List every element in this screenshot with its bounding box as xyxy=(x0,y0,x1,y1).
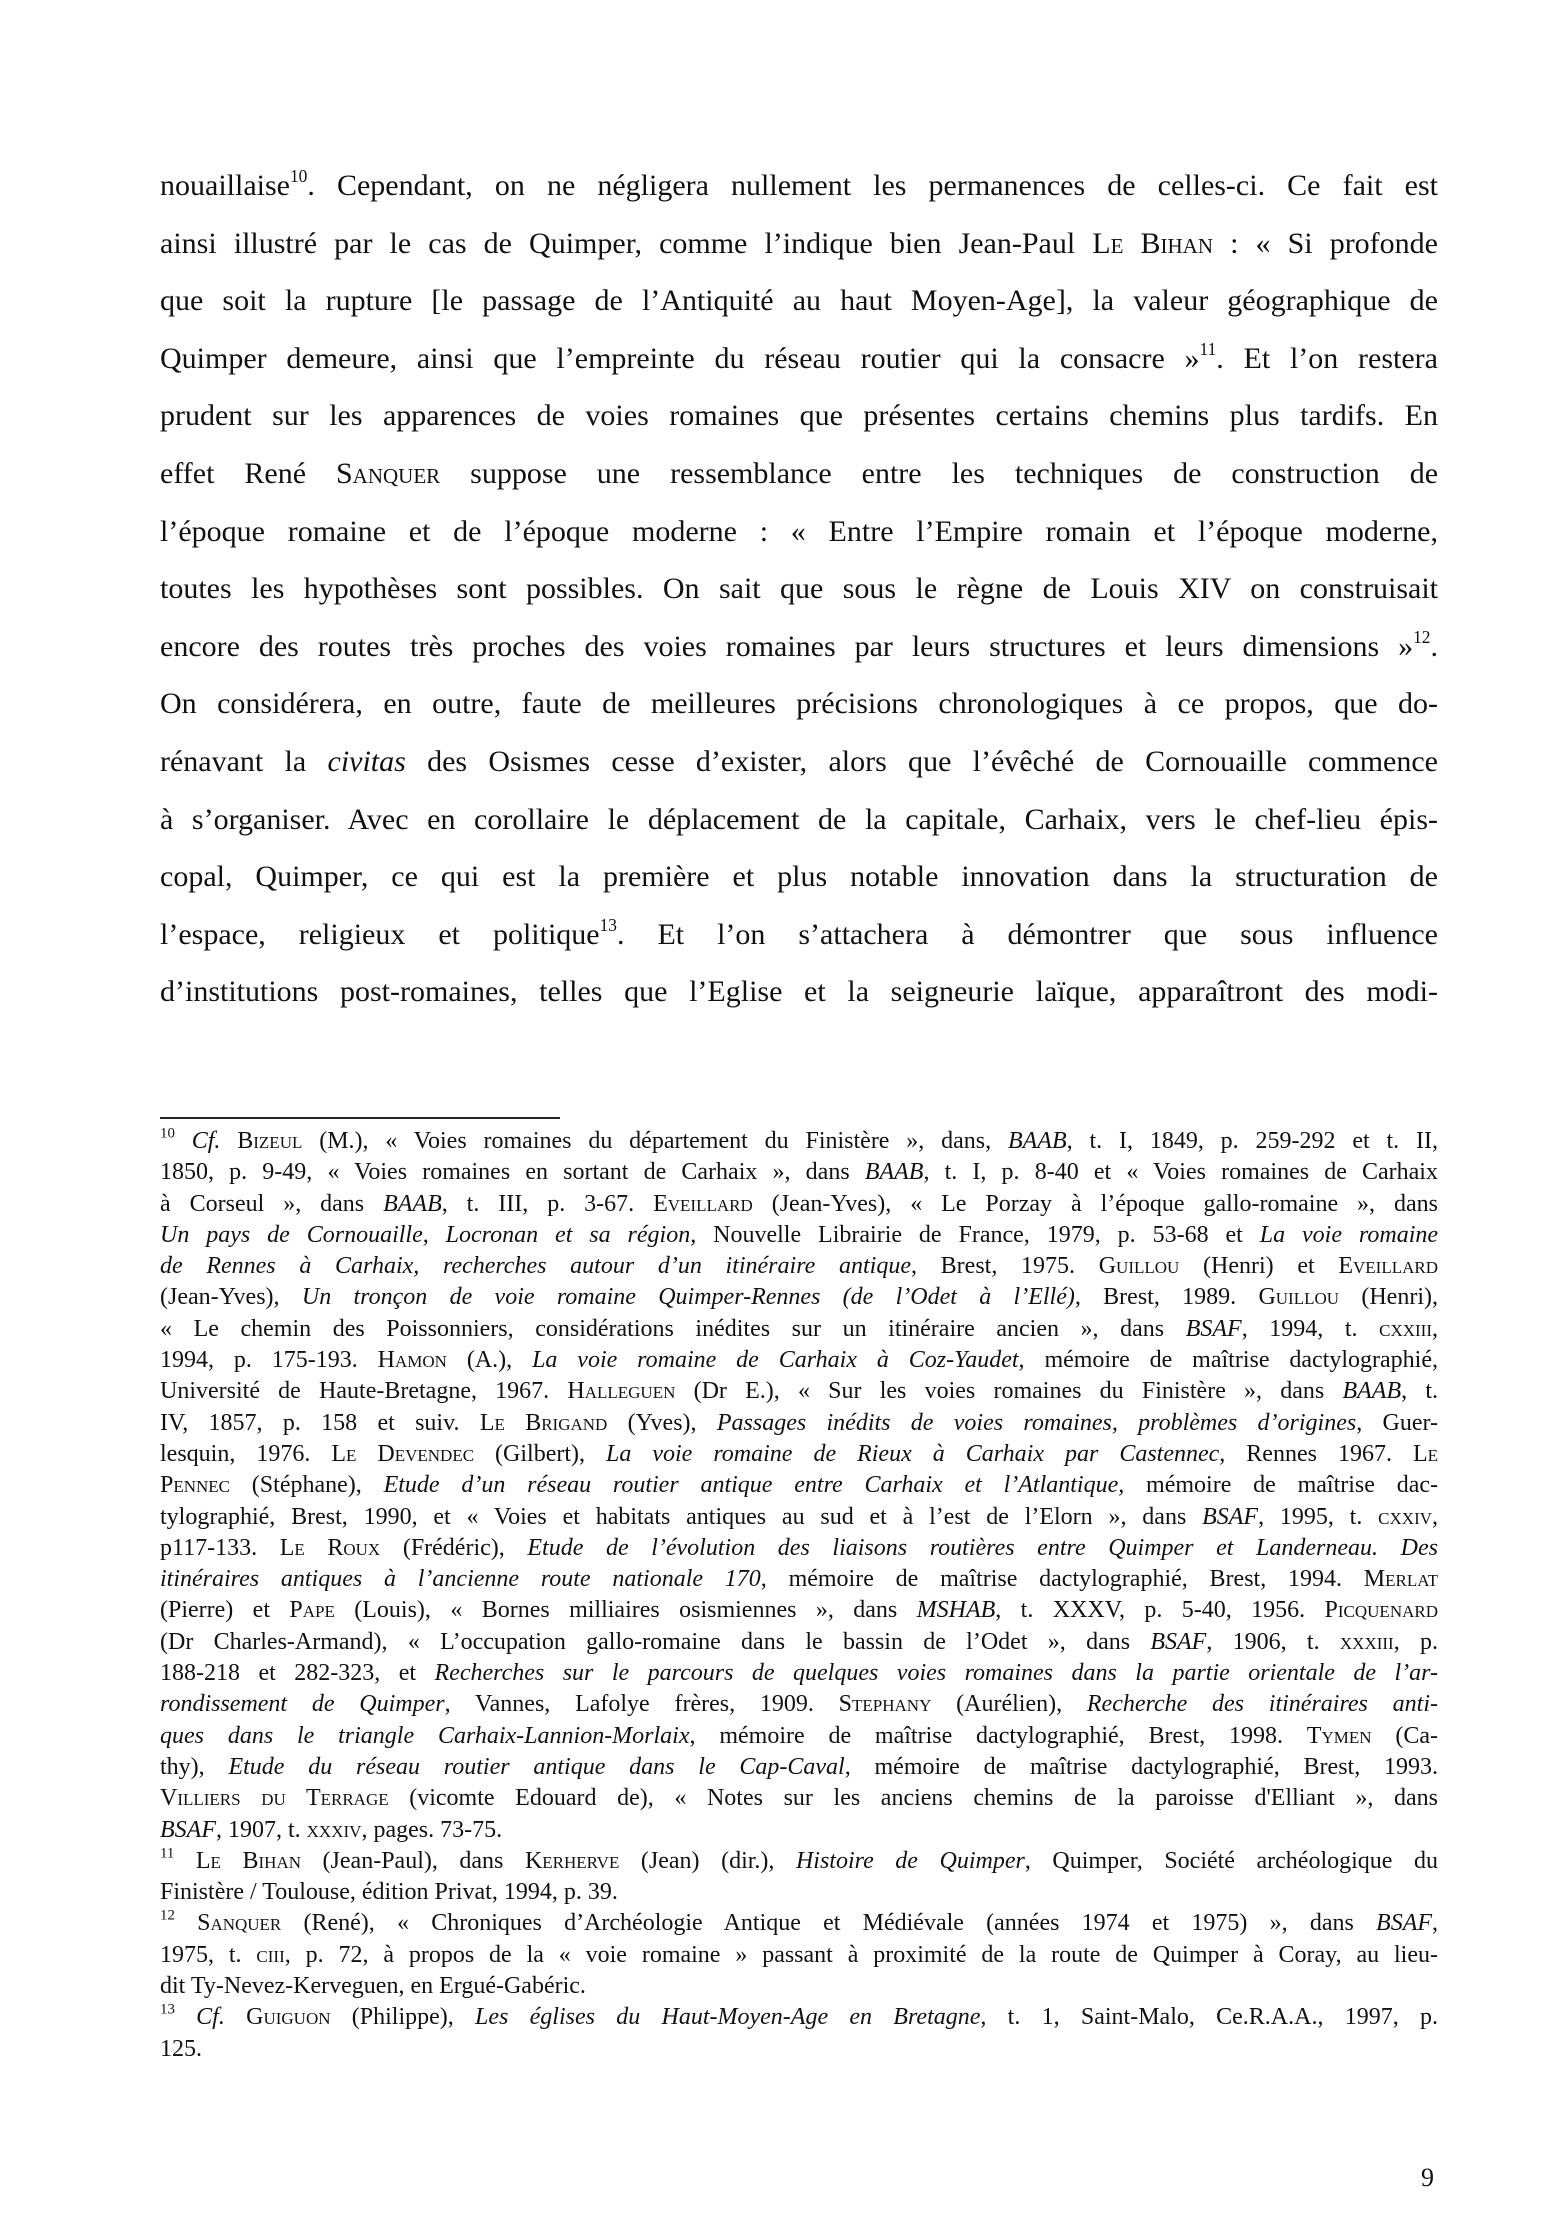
text-run: (Jean-Paul), dans xyxy=(301,1848,525,1874)
text-run: , Brest, 1975. xyxy=(911,1253,1099,1279)
author-name-small-caps: Guillou xyxy=(1258,1284,1339,1310)
footnote-line: ques dans le triangle Carhaix-Lannion-Mo… xyxy=(160,1721,1438,1752)
text-run: (Pierre) et xyxy=(160,1597,289,1623)
author-name-small-caps: xxxiii xyxy=(1340,1629,1394,1655)
text-run: , 1907, t. xyxy=(216,1817,307,1843)
text-run: (Stéphane), xyxy=(230,1472,384,1498)
author-name-small-caps: cxxiii xyxy=(1379,1316,1432,1342)
footnote-line: BSAF, 1907, t. xxxiv, pages. 73-75. xyxy=(160,1815,1438,1846)
author-name-small-caps: Le xyxy=(1413,1441,1438,1467)
text-run: copal, Quimper, ce qui est la première e… xyxy=(160,860,1438,893)
text-run xyxy=(225,2004,246,2030)
document-page: nouaillaise10. Cependant, on ne négliger… xyxy=(0,0,1541,2240)
text-run: (Jean) (dir.), xyxy=(619,1848,796,1874)
footnote-line: p117-133. Le Roux (Frédéric), Etude de l… xyxy=(160,1533,1438,1564)
footnote-reference: 12 xyxy=(160,1908,175,1924)
text-run: 188-218 et 282-323, et xyxy=(160,1660,435,1686)
text-run: p117-133. xyxy=(160,1535,280,1561)
footnote-line: rondissement de Quimper, Vannes, Lafolye… xyxy=(160,1689,1438,1720)
italic-title: BSAF xyxy=(1150,1629,1206,1655)
author-name-small-caps: Picquenard xyxy=(1325,1597,1438,1623)
body-line: copal, Quimper, ce qui est la première e… xyxy=(160,848,1438,906)
italic-title: Etude d’un réseau routier antique entre … xyxy=(384,1472,1125,1498)
italic-title: rondissement de Quimper xyxy=(160,1691,445,1717)
text-run: (Jean-Yves), xyxy=(160,1284,302,1310)
text-run: , xyxy=(1432,1910,1438,1936)
footnote-reference: 11 xyxy=(160,1845,174,1861)
text-run: ainsi illustré par le cas de Quimper, co… xyxy=(160,227,1092,260)
footnote-line: de Rennes à Carhaix, recherches autour d… xyxy=(160,1251,1438,1282)
footnote-line: 1994, p. 175-193. Hamon (A.), La voie ro… xyxy=(160,1345,1438,1376)
footnote-line: (Dr Charles-Armand), « L’occupation gall… xyxy=(160,1627,1438,1658)
body-line: d’institutions post-romaines, telles que… xyxy=(160,963,1438,1021)
footnote-line: Un pays de Cornouaille, Locronan et sa r… xyxy=(160,1220,1438,1251)
text-run: , Guer- xyxy=(1356,1410,1438,1436)
italic-title: BAAB xyxy=(383,1191,442,1217)
author-name-small-caps: Halleguen xyxy=(567,1378,675,1404)
italic-title: Passages inédits de voies romaines, prob… xyxy=(717,1410,1356,1436)
footnote-line: 10 Cf. Bizeul (M.), « Voies romaines du … xyxy=(160,1126,1438,1157)
author-name-small-caps: Guillou xyxy=(1099,1253,1180,1279)
body-line: encore des routes très proches des voies… xyxy=(160,618,1438,676)
text-run: dit Ty-Nevez-Kerveguen, en Ergué-Gabéric… xyxy=(160,1973,586,1999)
text-run: (vicomte Edouard de), « Notes sur les an… xyxy=(389,1785,1438,1811)
footnote-line: tylographié, Brest, 1990, et « Voies et … xyxy=(160,1502,1438,1533)
body-line: que soit la rupture [le passage de l’Ant… xyxy=(160,272,1438,330)
text-run: (Yves), xyxy=(607,1410,717,1436)
text-run: , p. xyxy=(1394,1629,1438,1655)
author-name-small-caps: Merlat xyxy=(1364,1566,1438,1592)
footnote-reference: 11 xyxy=(1200,339,1217,359)
italic-title: La voie romaine xyxy=(1260,1222,1438,1248)
text-run: On considérera, en outre, faute de meill… xyxy=(160,687,1438,720)
text-run: (Aurélien), xyxy=(931,1691,1087,1717)
text-run: (Louis), « Bornes milliaires osismiennes… xyxy=(335,1597,917,1623)
text-run: . xyxy=(1431,630,1439,663)
footnote-line: lesquin, 1976. Le Devendec (Gilbert), La… xyxy=(160,1439,1438,1470)
text-run: (M.), « Voies romaines du département du… xyxy=(302,1128,1008,1154)
text-run: . Et l’on restera xyxy=(1216,342,1438,375)
text-run: (Gilbert), xyxy=(474,1441,606,1467)
author-name-small-caps: Hamon xyxy=(378,1347,447,1373)
text-run: (Jean-Yves), « Le Porzay à l’époque gall… xyxy=(753,1191,1438,1217)
italic-title: Etude de l’évolution des liaisons routiè… xyxy=(527,1535,1438,1561)
text-run: « Le chemin des Poissonniers, considérat… xyxy=(160,1316,1186,1342)
text-run: que soit la rupture [le passage de l’Ant… xyxy=(160,284,1438,317)
text-run: Nouvelle Librairie de France, 1979, p. 5… xyxy=(696,1222,1260,1248)
text-run: , Quimper, Société archéologique du xyxy=(1025,1848,1438,1874)
footnote-reference: 13 xyxy=(600,915,617,935)
text-run: , t. I, 1849, p. 259-292 et t. II, xyxy=(1067,1128,1438,1154)
text-run: l’époque romaine et de l’époque moderne … xyxy=(160,515,1438,548)
body-line: rénavant la civitas des Osismes cesse d’… xyxy=(160,733,1438,791)
footnote-line: IV, 1857, p. 158 et suiv. Le Brigand (Yv… xyxy=(160,1408,1438,1439)
text-run: 125. xyxy=(160,2036,202,2062)
text-run: , 1995, t. xyxy=(1258,1504,1378,1530)
author-name-small-caps: cxxiv xyxy=(1378,1504,1432,1530)
body-line: l’époque romaine et de l’époque moderne … xyxy=(160,503,1438,561)
footnote-reference: 10 xyxy=(160,1126,175,1142)
footnote-line: Pennec (Stéphane), Etude d’un réseau rou… xyxy=(160,1470,1438,1501)
author-name-small-caps: Le Devendec xyxy=(331,1441,474,1467)
text-run: lesquin, 1976. xyxy=(160,1441,331,1467)
text-run: , mémoire de maîtrise dactylographié, Br… xyxy=(690,1723,1307,1749)
text-run: , p. 72, à propos de la « voie romaine »… xyxy=(285,1942,1438,1968)
text-run: (Frédéric), xyxy=(380,1535,527,1561)
italic-title: BAAB xyxy=(865,1159,924,1185)
text-run: , pages. 73-75. xyxy=(361,1817,502,1843)
text-run: Université de Haute-Bretagne, 1967. xyxy=(160,1378,567,1404)
footnote-line: Finistère / Toulouse, édition Privat, 19… xyxy=(160,1877,1438,1908)
italic-title: BSAF xyxy=(1186,1316,1242,1342)
footnote-line: Université de Haute-Bretagne, 1967. Hall… xyxy=(160,1376,1438,1407)
text-run: Quimper demeure, ainsi que l’empreinte d… xyxy=(160,342,1200,375)
text-run: mémoire de maîtrise dac- xyxy=(1124,1472,1438,1498)
italic-title: BSAF xyxy=(1376,1910,1432,1936)
body-line: à s’organiser. Avec en corollaire le dép… xyxy=(160,791,1438,849)
author-name-small-caps: Pennec xyxy=(160,1472,230,1498)
author-name-small-caps: Bizeul xyxy=(237,1128,302,1154)
text-run xyxy=(220,1128,237,1154)
footnote-reference: 12 xyxy=(1413,627,1430,647)
text-run: , t. III, p. 3-67. xyxy=(442,1191,653,1217)
footnote-reference: 13 xyxy=(160,2002,175,2018)
text-run: (Henri), xyxy=(1339,1284,1438,1310)
text-run xyxy=(174,1848,196,1874)
footnote-line: « Le chemin des Poissonniers, considérat… xyxy=(160,1314,1438,1345)
italic-title: civitas xyxy=(328,745,406,778)
footnote-line: 188-218 et 282-323, et Recherches sur le… xyxy=(160,1658,1438,1689)
text-run: . Et l’on s’attachera à démontrer que so… xyxy=(617,918,1438,951)
footnote-line: 11 Le Bihan (Jean-Paul), dans Kerherve (… xyxy=(160,1846,1438,1877)
text-run: , t. I, p. 8-40 et « Voies romaines de C… xyxy=(923,1159,1438,1185)
body-line: prudent sur les apparences de voies roma… xyxy=(160,387,1438,445)
author-name-small-caps: Guiguon xyxy=(246,2004,330,2030)
author-name-small-caps: Tymen xyxy=(1307,1723,1372,1749)
text-run: (Philippe), xyxy=(331,2004,476,2030)
author-name-small-caps: Le Bihan xyxy=(196,1848,301,1874)
text-run: 1975, t. xyxy=(160,1942,256,1968)
text-run: , Vannes, Lafolye frères, 1909. xyxy=(445,1691,839,1717)
author-name-small-caps: xxxiv xyxy=(307,1817,362,1843)
author-name-small-caps: Stephany xyxy=(839,1691,932,1717)
body-line: On considérera, en outre, faute de meill… xyxy=(160,675,1438,733)
footnote-line: dit Ty-Nevez-Kerveguen, en Ergué-Gabéric… xyxy=(160,1971,1438,2002)
italic-title: BSAF xyxy=(160,1817,216,1843)
author-name-small-caps: Kerherve xyxy=(525,1848,619,1874)
text-run: , t. XXXV, p. 5-40, 1956. xyxy=(995,1597,1324,1623)
footnote-line: (Jean-Yves), Un tronçon de voie romaine … xyxy=(160,1282,1438,1313)
body-line: effet René Sanquer suppose une ressembla… xyxy=(160,445,1438,503)
italic-title: de Rennes à Carhaix, recherches autour d… xyxy=(160,1253,911,1279)
author-name-small-caps: ciii xyxy=(256,1942,284,1968)
text-run: Brest, 1989. xyxy=(1081,1284,1259,1310)
text-run: , t. 1, Saint-Malo, Ce.R.A.A., 1997, p. xyxy=(980,2004,1438,2030)
text-run: , 1994, t. xyxy=(1242,1316,1379,1342)
footnote-line: itinéraires antiques à l’ancienne route … xyxy=(160,1564,1438,1595)
footnote-separator-rule xyxy=(160,1117,560,1119)
text-run xyxy=(175,2004,196,2030)
footnote-line: 1850, p. 9-49, « Voies romaines en sorta… xyxy=(160,1157,1438,1188)
footnote-line: 125. xyxy=(160,2034,1438,2065)
text-run: , xyxy=(1432,1316,1438,1342)
italic-title: Un pays de Cornouaille, Locronan et sa r… xyxy=(160,1222,696,1248)
italic-title: Cf. xyxy=(196,2004,225,2030)
italic-title: ques dans le triangle Carhaix-Lannion-Mo… xyxy=(160,1723,690,1749)
body-line: l’espace, religieux et politique13. Et l… xyxy=(160,906,1438,964)
text-run: à Corseul », dans xyxy=(160,1191,383,1217)
italic-title: Un tronçon de voie romaine Quimper-Renne… xyxy=(302,1284,1081,1310)
text-run: nouaillaise xyxy=(160,169,290,202)
italic-title: La voie romaine de Rieux à Carhaix par C… xyxy=(606,1441,1219,1467)
italic-title: BAAB xyxy=(1342,1378,1401,1404)
text-run: à s’organiser. Avec en corollaire le dép… xyxy=(160,803,1438,836)
text-run: , t. xyxy=(1401,1378,1438,1404)
text-run: effet René xyxy=(160,457,336,490)
author-name-small-caps: Pape xyxy=(289,1597,334,1623)
text-run: encore des routes très proches des voies… xyxy=(160,630,1413,663)
text-run: (Dr Charles-Armand), « L’occupation gall… xyxy=(160,1629,1150,1655)
author-name-small-caps: Le Bihan xyxy=(1092,227,1213,260)
text-run: prudent sur les apparences de voies roma… xyxy=(160,399,1438,432)
text-run: , Rennes 1967. xyxy=(1219,1441,1413,1467)
author-name-small-caps: Eveillard xyxy=(653,1191,753,1217)
text-run: 1994, p. 175-193. xyxy=(160,1347,378,1373)
text-run: (Dr E.), « Sur les voies romaines du Fin… xyxy=(675,1378,1342,1404)
text-run: : « Si profonde xyxy=(1213,227,1438,260)
text-run: , xyxy=(1432,1504,1438,1530)
footnote-line: 13 Cf. Guiguon (Philippe), Les églises d… xyxy=(160,2002,1438,2033)
main-body-text: nouaillaise10. Cependant, on ne négliger… xyxy=(160,157,1438,1021)
body-line: nouaillaise10. Cependant, on ne négliger… xyxy=(160,157,1438,215)
body-line: ainsi illustré par le cas de Quimper, co… xyxy=(160,215,1438,273)
text-run: IV, 1857, p. 158 et suiv. xyxy=(160,1410,480,1436)
author-name-small-caps: Villiers du Terrage xyxy=(160,1785,389,1811)
text-run: (A.), xyxy=(447,1347,532,1373)
italic-title: La voie romaine de Carhaix à Coz-Yaudet xyxy=(532,1347,1018,1373)
text-run: rénavant la xyxy=(160,745,328,778)
author-name-small-caps: Sanquer xyxy=(197,1910,281,1936)
text-run xyxy=(175,1910,197,1936)
text-run: (Henri) et xyxy=(1179,1253,1338,1279)
text-run: , mémoire de maîtrise dactylographié, Br… xyxy=(761,1566,1364,1592)
author-name-small-caps: Le Roux xyxy=(280,1535,381,1561)
footnote-line: Villiers du Terrage (vicomte Edouard de)… xyxy=(160,1783,1438,1814)
footnote-line: 12 Sanquer (René), « Chroniques d’Archéo… xyxy=(160,1908,1438,1939)
italic-title: Recherche des itinéraires anti- xyxy=(1087,1691,1438,1717)
text-run: 1850, p. 9-49, « Voies romaines en sorta… xyxy=(160,1159,865,1185)
text-run: Finistère / Toulouse, édition Privat, 19… xyxy=(160,1879,618,1905)
body-line: toutes les hypothèses sont possibles. On… xyxy=(160,560,1438,618)
author-name-small-caps: Eveillard xyxy=(1338,1253,1438,1279)
text-run: . Cependant, on ne négligera nullement l… xyxy=(307,169,1438,202)
footnote-reference: 10 xyxy=(290,166,307,186)
italic-title: BSAF xyxy=(1202,1504,1258,1530)
italic-title: BAAB xyxy=(1008,1128,1067,1154)
text-run: thy), xyxy=(160,1754,228,1780)
author-name-small-caps: Le Brigand xyxy=(480,1410,607,1436)
italic-title: Etude du réseau routier antique dans le … xyxy=(228,1754,844,1780)
page-number: 9 xyxy=(1421,2163,1434,2193)
text-run: toutes les hypothèses sont possibles. On… xyxy=(160,572,1438,605)
italic-title: MSHAB xyxy=(917,1597,996,1623)
text-run: suppose une ressemblance entre les techn… xyxy=(440,457,1438,490)
footnote-line: à Corseul », dans BAAB, t. III, p. 3-67.… xyxy=(160,1189,1438,1220)
footnote-line: 1975, t. ciii, p. 72, à propos de la « v… xyxy=(160,1940,1438,1971)
italic-title: itinéraires antiques à l’ancienne route … xyxy=(160,1566,761,1592)
footnotes-section: 10 Cf. Bizeul (M.), « Voies romaines du … xyxy=(160,1126,1438,2065)
italic-title: Cf. xyxy=(192,1128,221,1154)
body-line: Quimper demeure, ainsi que l’empreinte d… xyxy=(160,330,1438,388)
footnote-line: (Pierre) et Pape (Louis), « Bornes milli… xyxy=(160,1595,1438,1626)
text-run: des Osismes cesse d’exister, alors que l… xyxy=(406,745,1438,778)
italic-title: Recherches sur le parcours de quelques v… xyxy=(435,1660,1439,1686)
italic-title: Les églises du Haut-Moyen-Age en Bretagn… xyxy=(475,2004,980,2030)
text-run: tylographié, Brest, 1990, et « Voies et … xyxy=(160,1504,1202,1530)
text-run xyxy=(175,1128,192,1154)
text-run: l’espace, religieux et politique xyxy=(160,918,600,951)
text-run: d’institutions post-romaines, telles que… xyxy=(160,975,1438,1008)
text-run: (René), « Chroniques d’Archéologie Antiq… xyxy=(281,1910,1376,1936)
text-run: , mémoire de maîtrise dactylographié, xyxy=(1019,1347,1438,1373)
italic-title: Histoire de Quimper xyxy=(796,1848,1025,1874)
text-run: , mémoire de maîtrise dactylographié, Br… xyxy=(845,1754,1438,1780)
footnote-line: thy), Etude du réseau routier antique da… xyxy=(160,1752,1438,1783)
text-run: , 1906, t. xyxy=(1206,1629,1340,1655)
author-name-small-caps: Sanquer xyxy=(336,457,440,490)
text-run: (Ca- xyxy=(1372,1723,1438,1749)
